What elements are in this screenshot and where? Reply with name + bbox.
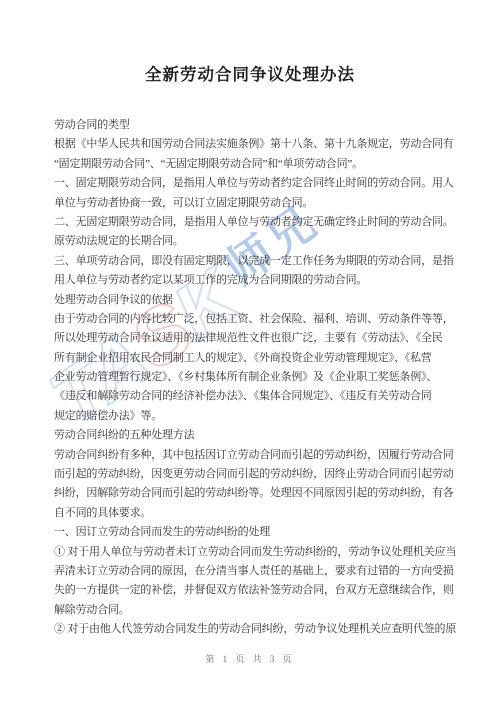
- text-line: 失的一方提供一定的补偿，并督促双方依法补签劳动合同，台双方无意继续合作，则: [54, 581, 452, 600]
- text-line: 弄清未订立劳动合同的原因，在分清当事人责任的基础上，要求有过错的一方向受损: [54, 562, 452, 581]
- text-line: 劳动合同的类型: [54, 116, 452, 135]
- text-line: 劳动合同纠纷有多种，其中包括因订立劳动合同而引起的劳动纠纷，因履行劳动合同: [54, 446, 452, 465]
- text-line: 用人单位与劳动者约定以某项工作的完成为合同期限的劳动合同。: [54, 271, 452, 290]
- text-line: 解除劳动合同。: [54, 601, 452, 620]
- text-line: 所以处理劳动合同争议适用的法律规范性文件也很广泛，主要有《劳动法》、《全民: [54, 329, 452, 348]
- page-number-footer: 第 1 页 共 3 页: [0, 652, 500, 665]
- text-line: 规定的赔偿办法》等。: [54, 407, 452, 426]
- document-title: 全新劳动合同争议处理办法: [0, 61, 500, 85]
- text-line: 一、固定期限劳动合同，是指用人单位与劳动者约定合同终止时间的劳动合同。用人: [54, 174, 452, 193]
- text-line: 企业劳动管理暂行规定》、《乡村集体所有制企业条例》及《企业职工奖惩条例》、: [54, 368, 452, 387]
- text-line: 二、无固定期限劳动合同，是指用人单位与劳动者约定无确定终止时间的劳动合同。: [54, 213, 452, 232]
- text-line: 处理劳动合同争议的依据: [54, 291, 452, 310]
- text-line: 而引起的劳动纠纷，因变更劳动合同而引起的劳动纠纷，因终止劳动合同而引起劳动: [54, 465, 452, 484]
- text-line: 由于劳动合同的内容比较广泛，包括工资、社会保险、福利、培训、劳动条件等等，: [54, 310, 452, 329]
- document-page: TA S K 师兄 全新劳动合同争议处理办法 劳动合同的类型根据《中华人民共和国…: [0, 0, 500, 706]
- text-line: 根据《中华人民共和国劳动合同法实施条例》第十八条、第十九条规定，劳动合同有: [54, 135, 452, 154]
- text-line: 单位与劳动者协商一致，可以订立固定期限劳动合同。: [54, 194, 452, 213]
- text-line: 自不同的具体要求。: [54, 504, 452, 523]
- text-line: 所有制企业招用农民合同制工人的规定》、《外商投资企业劳动管理规定》、《私营: [54, 349, 452, 368]
- text-line: ② 对于由他人代签劳动合同发生的劳动合同纠纷，劳动争议处理机关应查明代签的原: [54, 620, 452, 639]
- text-line: 纠纷，因解除劳动合同而引起的劳动纠纷等。处理因不同原因引起的劳动纠纷，有各: [54, 484, 452, 503]
- text-line: 原劳动法规定的长期合同。: [54, 232, 452, 251]
- text-line: “固定期限劳动合同”、“无固定期限劳动合同”和“单项劳动合同”。: [54, 155, 452, 174]
- document-body: 劳动合同的类型根据《中华人民共和国劳动合同法实施条例》第十八条、第十九条规定，劳…: [54, 116, 452, 640]
- text-line: 一、因订立劳动合同而发生的劳动纠纷的处理: [54, 523, 452, 542]
- text-line: ① 对于用人单位与劳动者未订立劳动合同而发生劳动纠纷的，劳动争议处理机关应当: [54, 543, 452, 562]
- text-line: 劳动合同纠纷的五种处理方法: [54, 426, 452, 445]
- text-line: 《违反和解除劳动合同的经济补偿办法》、《集体合同规定》、《违反有关劳动合同: [54, 387, 452, 406]
- text-line: 三、单项劳动合同，即没有固定期限，以完成一定工作任务为期限的劳动合同，是指: [54, 252, 452, 271]
